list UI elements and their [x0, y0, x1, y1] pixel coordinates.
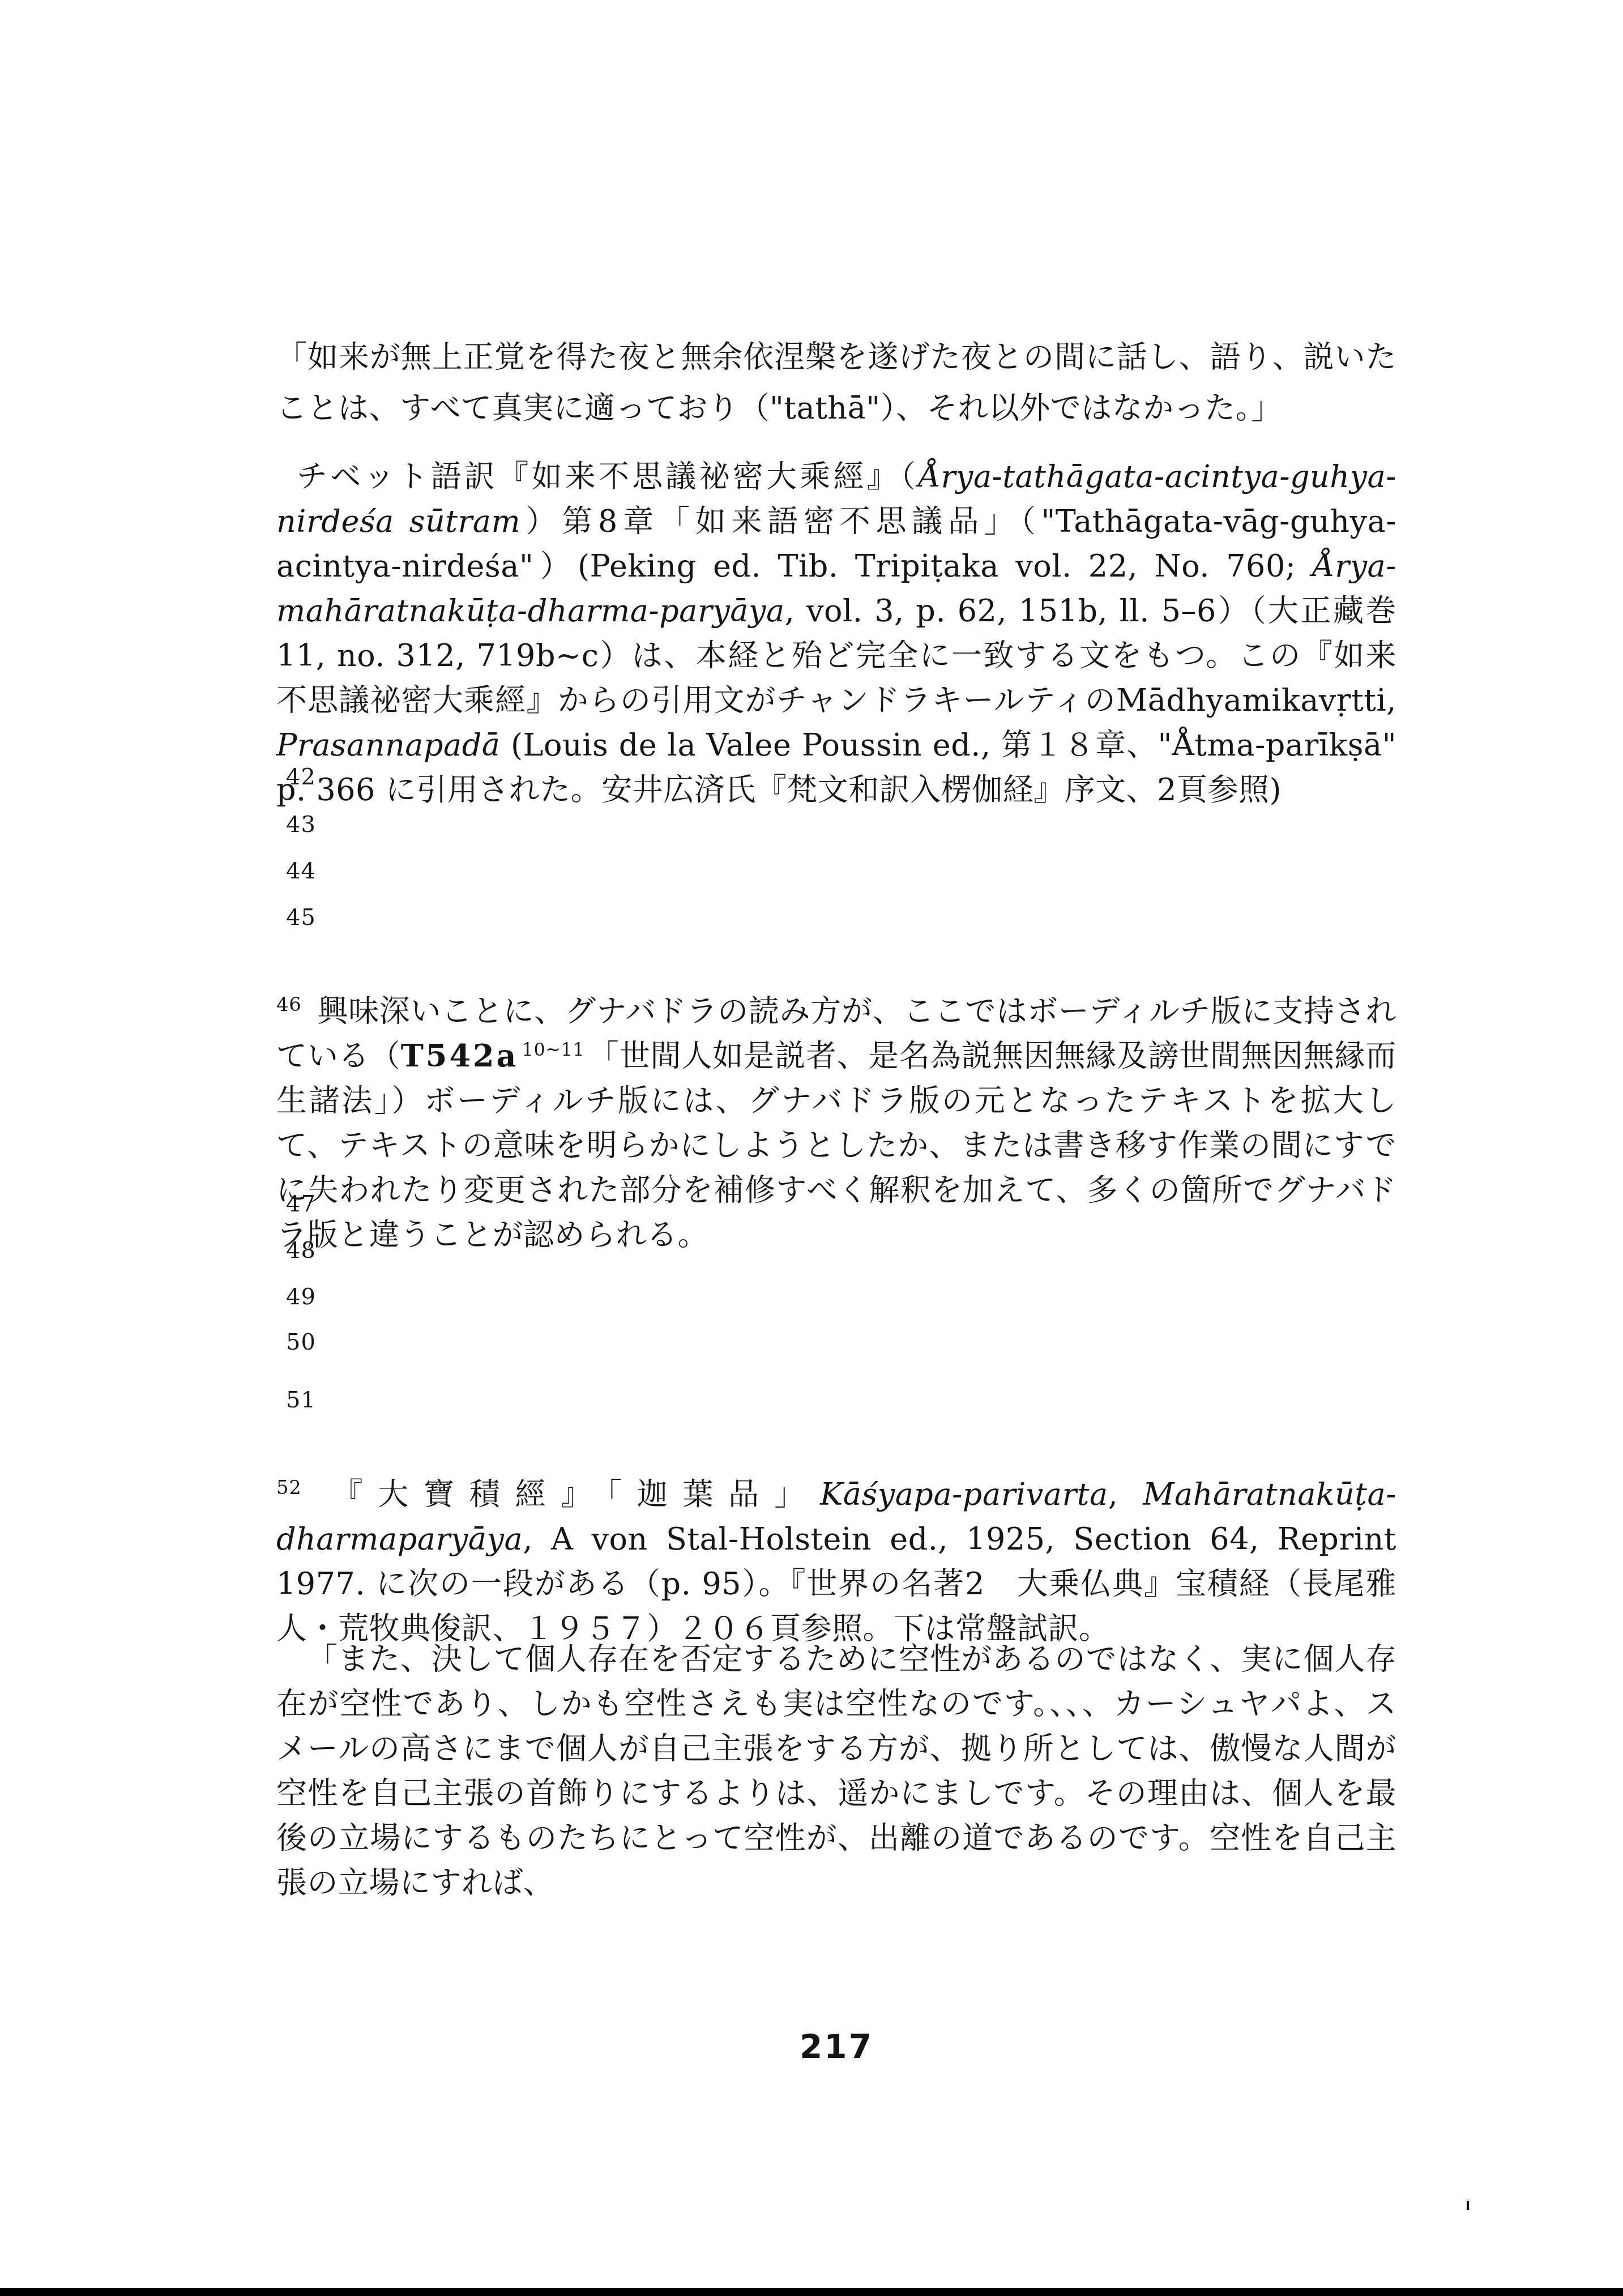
- footnote-number-51: 51: [286, 1389, 316, 1411]
- footnote-number-42: 42: [286, 766, 316, 788]
- footnote-52: 52『大寶積經』「迦葉品」Kāśyapa-parivarta, Mahāratn…: [276, 1472, 1396, 1651]
- footnote-52-marker: 52: [276, 1476, 301, 1499]
- footnote-46-marker: 46: [276, 993, 301, 1016]
- footnote-number-49: 49: [286, 1286, 316, 1308]
- footnote-number-47: 47: [286, 1193, 316, 1215]
- tibetan-translation-note: チベット語訳『如来不思議祕密大乘經』（Årya-tathāgata-acinty…: [276, 454, 1396, 812]
- footnote-46: 46興味深いことに、グナバドラの読み方が、ここではボーディルチ版に支持されている…: [276, 989, 1396, 1257]
- taisho-line-numbers: 10~11: [522, 1039, 585, 1060]
- scan-speck-artifact: [1467, 2201, 1469, 2210]
- quotation-kasyapa: 「また、決して個人存在を否定するために空性があるのではなく、実に個人存在が空性で…: [276, 1637, 1396, 1905]
- taisho-citation: T542a: [401, 1038, 519, 1074]
- footnote-number-48: 48: [286, 1239, 316, 1262]
- kasyapa-parivarta-title: Kāśyapa-parivarta: [820, 1476, 1108, 1512]
- footnote-number-45: 45: [286, 906, 316, 929]
- page-number: 217: [276, 2028, 1396, 2066]
- prasannapada-title-sanskrit: Prasannapadā: [276, 727, 501, 763]
- footnote-52-text-1: 『大寶積經』「迦葉品」: [317, 1476, 820, 1512]
- footnote-number-44: 44: [286, 860, 316, 882]
- footnote-52-text-2: ,: [1108, 1476, 1143, 1512]
- tibetan-note-text-1: チベット語訳『如来不思議祕密大乘經』（: [297, 459, 919, 494]
- quotation-tathagata: 「如来が無上正覚を得た夜と無余依涅槃を遂げた夜との間に話し、語り、説いたことは、…: [276, 332, 1396, 434]
- footnote-number-50: 50: [286, 1331, 316, 1354]
- scanned-document-page: 「如来が無上正覚を得た夜と無余依涅槃を遂げた夜との間に話し、語り、説いたことは、…: [0, 0, 1623, 2296]
- footnote-number-43: 43: [286, 813, 316, 836]
- scan-edge-bar: [0, 2288, 1623, 2296]
- quotation-kasyapa-text: 「また、決して個人存在を否定するために空性があるのではなく、実に個人存在が空性で…: [276, 1641, 1396, 1901]
- quotation-tathagata-text: 「如来が無上正覚を得た夜と無余依涅槃を遂げた夜との間に話し、語り、説いたことは、…: [276, 339, 1396, 426]
